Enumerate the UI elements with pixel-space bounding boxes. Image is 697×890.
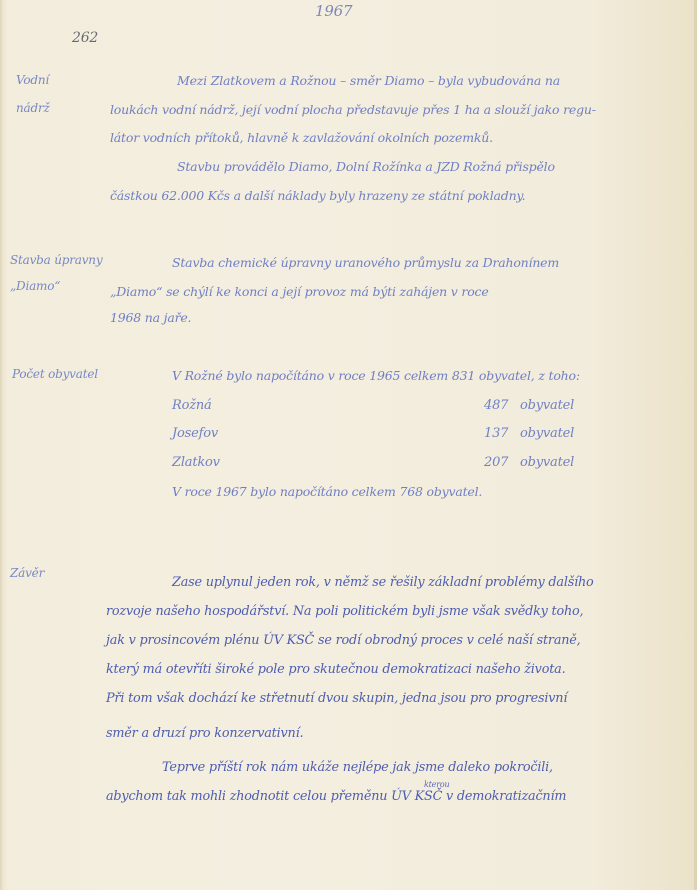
place-name: Rožná: [172, 398, 212, 413]
chronicle-page: 1967 262 Vodní nádrž Mezi Zlatkovem a Ro…: [0, 0, 697, 890]
margin-label-line: nádrž: [16, 98, 50, 118]
place-unit: obyvatel: [520, 426, 574, 441]
place-count: 207: [484, 455, 508, 470]
place-unit: obyvatel: [520, 398, 574, 413]
place-name: Zlatkov: [172, 455, 220, 470]
text-line: Stavbu provádělo Diamo, Dolní Rožínka a …: [177, 159, 555, 174]
text-line: Zase uplynul jeden rok, v němž se řešily…: [172, 575, 594, 590]
text-insertion: kterou: [424, 780, 449, 789]
margin-label-processing-plant: Stavba úpravny „Diamo“: [10, 250, 102, 296]
text-line: 1968 na jaře.: [110, 310, 191, 325]
population-intro: V Rožné bylo napočítáno v roce 1965 celk…: [172, 368, 580, 383]
text-line: rozvoje našeho hospodářství. Na poli pol…: [106, 604, 583, 619]
text-line: částkou 62.000 Kčs a další náklady byly …: [110, 188, 525, 203]
margin-label-conclusion: Závěr: [10, 563, 44, 583]
population-summary: V roce 1967 bylo napočítáno celkem 768 o…: [172, 484, 482, 499]
text-line: abychom tak mohli zhodnotit celou přeměn…: [106, 789, 566, 804]
text-line: Mezi Zlatkovem a Rožnou – směr Diamo – b…: [177, 73, 560, 88]
text-line: loukách vodní nádrž, její vodní plocha p…: [110, 102, 596, 117]
text-line: Teprve příští rok nám ukáže nejlépe jak …: [162, 760, 553, 775]
margin-label-water-reservoir: Vodní nádrž: [16, 70, 50, 118]
margin-label-line: Závěr: [10, 563, 44, 583]
place-name: Josefov: [172, 426, 218, 441]
margin-label-line: „Diamo“: [10, 276, 102, 296]
margin-label-population: Počet obyvatel: [12, 364, 98, 384]
page-year: 1967: [315, 2, 352, 20]
margin-label-line: Vodní: [16, 70, 50, 90]
place-unit: obyvatel: [520, 455, 574, 470]
text-line: Při tom však dochází ke střetnutí dvou s…: [106, 691, 567, 706]
text-line: „Diamo“ se chýlí ke konci a její provoz …: [110, 284, 489, 299]
text-line: jak v prosincovém plénu ÚV KSČ se rodí o…: [106, 633, 581, 648]
text-line: látor vodních přítoků, hlavně k zavlažov…: [110, 130, 493, 145]
place-count: 137: [484, 426, 508, 441]
text-line: Stavba chemické úpravny uranového průmys…: [172, 255, 559, 270]
margin-label-line: Stavba úpravny: [10, 250, 102, 270]
page-number: 262: [72, 30, 98, 46]
margin-label-line: Počet obyvatel: [12, 364, 98, 384]
place-count: 487: [484, 398, 508, 413]
text-line: směr a druzí pro konzervativní.: [106, 726, 303, 741]
text-line: který má otevříti široké pole pro skuteč…: [106, 662, 565, 677]
